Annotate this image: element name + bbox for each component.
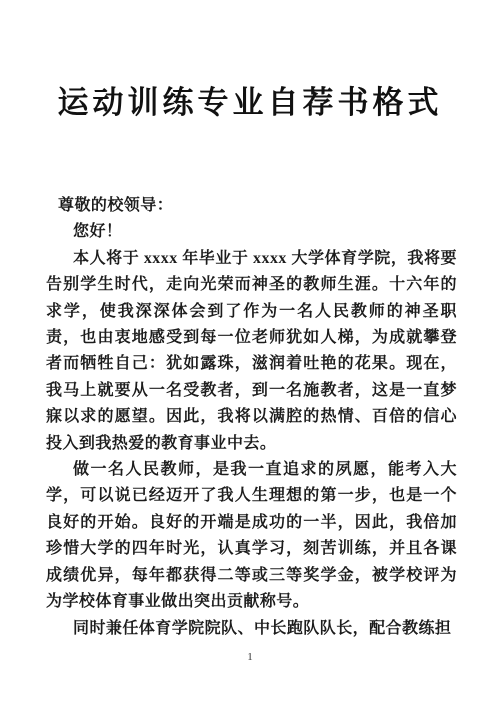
greeting-line: 您好！ (46, 219, 457, 245)
page-number: 1 (0, 650, 500, 664)
body-paragraph-3: 同时兼任体育学院院队、中长跑队队长，配合教练担 (46, 616, 457, 642)
body-paragraph-1: 本人将于 xxxx 年毕业于 xxxx 大学体育学院，我将要告别学生时代，走向光… (46, 246, 457, 457)
body-paragraph-2: 做一名人民教师，是我一直追求的夙愿，能考入大学，可以说已经迈开了我人生理想的第一… (46, 457, 457, 615)
salutation-line: 尊敬的校领导： (46, 193, 457, 219)
document-page: 运动训练专业自荐书格式 尊敬的校领导： 您好！ 本人将于 xxxx 年毕业于 x… (0, 0, 500, 707)
document-body: 尊敬的校领导： 您好！ 本人将于 xxxx 年毕业于 xxxx 大学体育学院，我… (46, 193, 457, 642)
document-title: 运动训练专业自荐书格式 (0, 84, 500, 122)
